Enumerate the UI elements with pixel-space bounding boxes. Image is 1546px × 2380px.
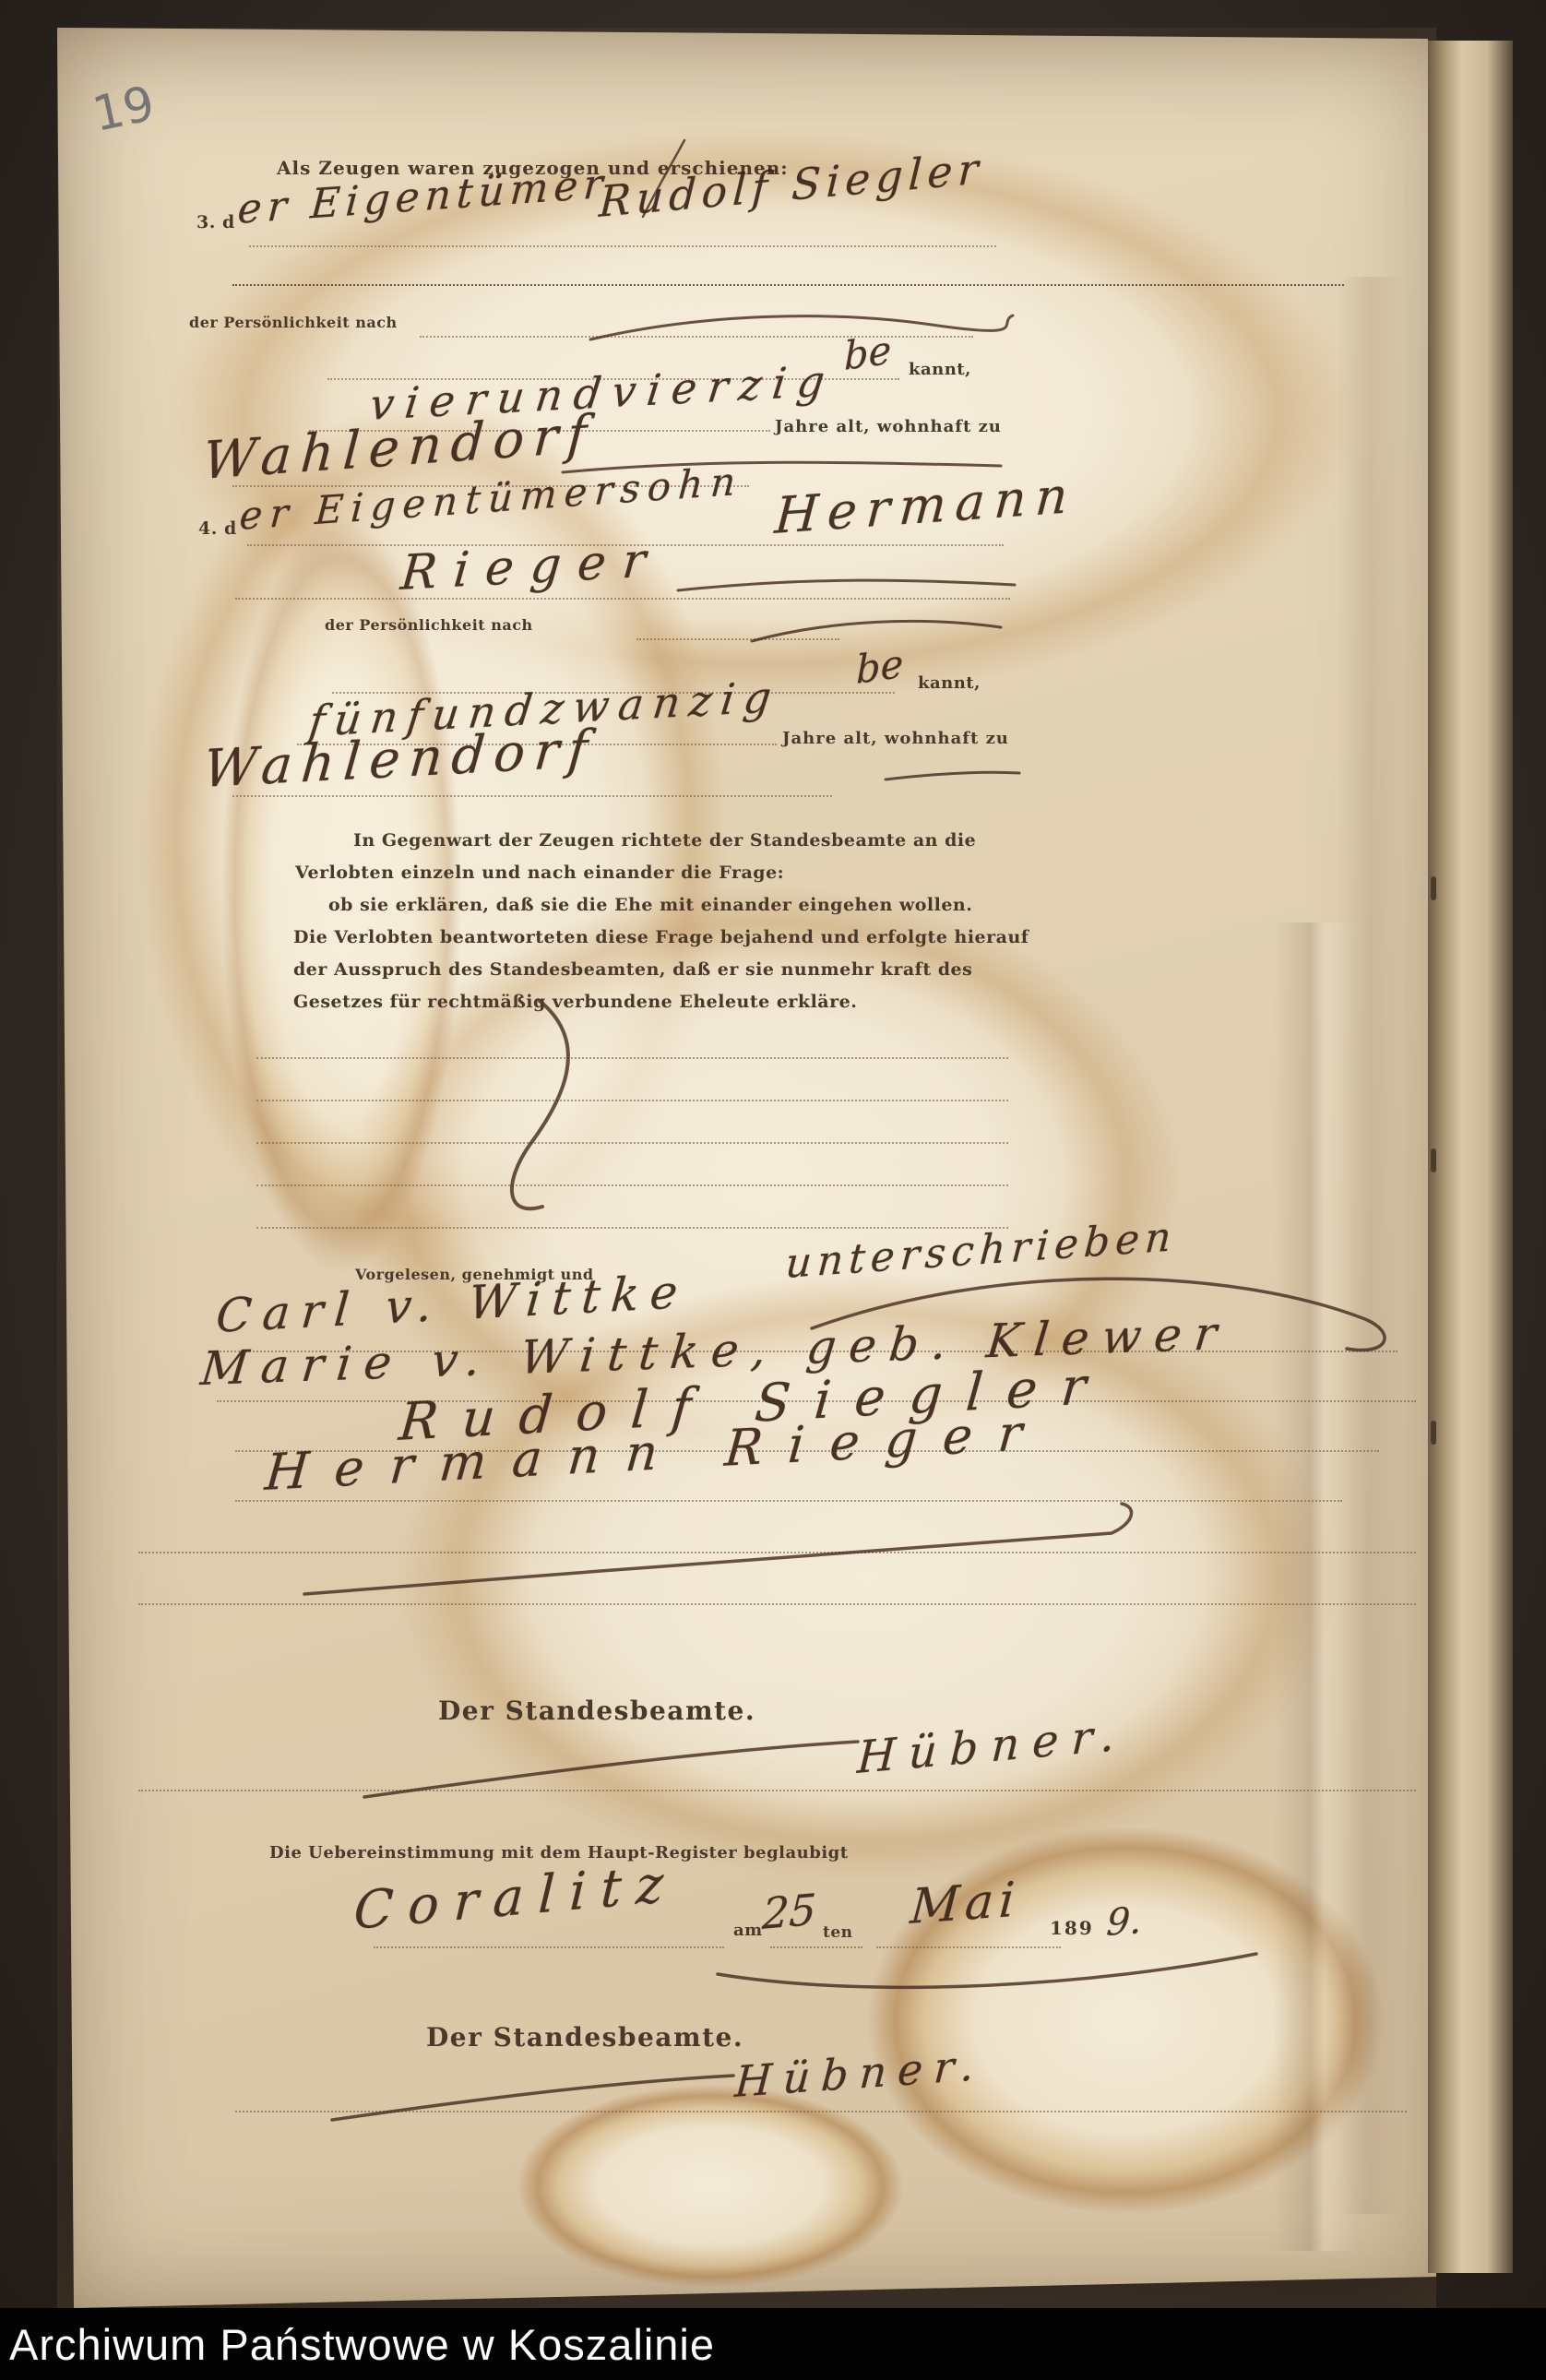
known-suffix-1: kannt, — [909, 360, 971, 379]
form-rule — [770, 1946, 862, 1948]
binding-stitch — [1431, 1421, 1436, 1445]
declaration-line: Gesetzes für rechtmäßig verbundene Ehele… — [293, 992, 857, 1012]
known-suffix-2: kannt, — [918, 673, 981, 693]
form-rule — [232, 795, 832, 797]
declaration-line: Verlobten einzeln und nach einander die … — [295, 863, 784, 883]
witness3-known-prefix: be — [844, 327, 891, 379]
form-rule — [138, 1603, 1416, 1605]
age-suffix-2: Jahre alt, wohnhaft zu — [782, 729, 1009, 748]
form-rule — [138, 1790, 1416, 1791]
binding-stitch — [1431, 1148, 1436, 1172]
archive-watermark-bar: Archiwum Państwowe w Koszalinie — [0, 2308, 1546, 2380]
am-label: am — [733, 1921, 763, 1940]
identity-label-2: der Persönlichkeit nach — [325, 616, 533, 634]
form-rule — [256, 1057, 1008, 1059]
form-rule — [636, 638, 839, 640]
form-rule — [256, 1227, 1008, 1229]
witness4-number: 4. d — [198, 518, 237, 539]
archive-watermark-text: Archiwum Państwowe w Koszalinie — [9, 2319, 715, 2370]
declaration-line: Die Verlobten beantworteten diese Frage … — [293, 927, 1029, 947]
form-rule — [235, 2111, 1407, 2112]
form-rule — [256, 1184, 1008, 1186]
identity-label-1: der Persönlichkeit nach — [189, 314, 398, 331]
declaration-line: In Gegenwart der Zeugen richtete der Sta… — [353, 830, 976, 851]
form-rule — [876, 1946, 1061, 1948]
binding-stitch — [1431, 876, 1436, 900]
year-prefix: 189 — [1050, 1917, 1094, 1939]
registrar-title-2: Der Standesbeamte. — [426, 2022, 743, 2053]
next-page-edge — [1428, 41, 1513, 2273]
declaration-line: ob sie erklären, daß sie die Ehe mit ein… — [328, 895, 972, 915]
register-page — [0, 0, 1546, 2380]
witness4-known-prefix: be — [856, 640, 903, 693]
form-rule — [235, 598, 1010, 600]
form-rule — [138, 1552, 1416, 1553]
form-rule — [232, 284, 1344, 286]
archive-scan: 19 Als Zeugen waren zugezogen und erschi… — [0, 0, 1546, 2380]
form-rule — [374, 1946, 724, 1948]
age-suffix-1: Jahre alt, wohnhaft zu — [775, 417, 1002, 436]
witness3-number: 3. d — [196, 212, 235, 232]
declaration-line: der Ausspruch des Standesbeamten, daß er… — [293, 959, 972, 980]
certification-month: Mai — [909, 1872, 1022, 1935]
certification-day: 25 — [761, 1884, 817, 1939]
ten-label: ten — [823, 1923, 853, 1942]
form-rule — [256, 1142, 1008, 1144]
form-rule — [249, 245, 996, 247]
form-rule — [235, 1500, 1342, 1502]
form-rule — [256, 1100, 1008, 1101]
year-last-digit: 9. — [1105, 1899, 1143, 1945]
registrar-title-1: Der Standesbeamte. — [438, 1696, 755, 1726]
certification-label: Die Uebereinstimmung mit dem Haupt-Regis… — [269, 1843, 849, 1862]
